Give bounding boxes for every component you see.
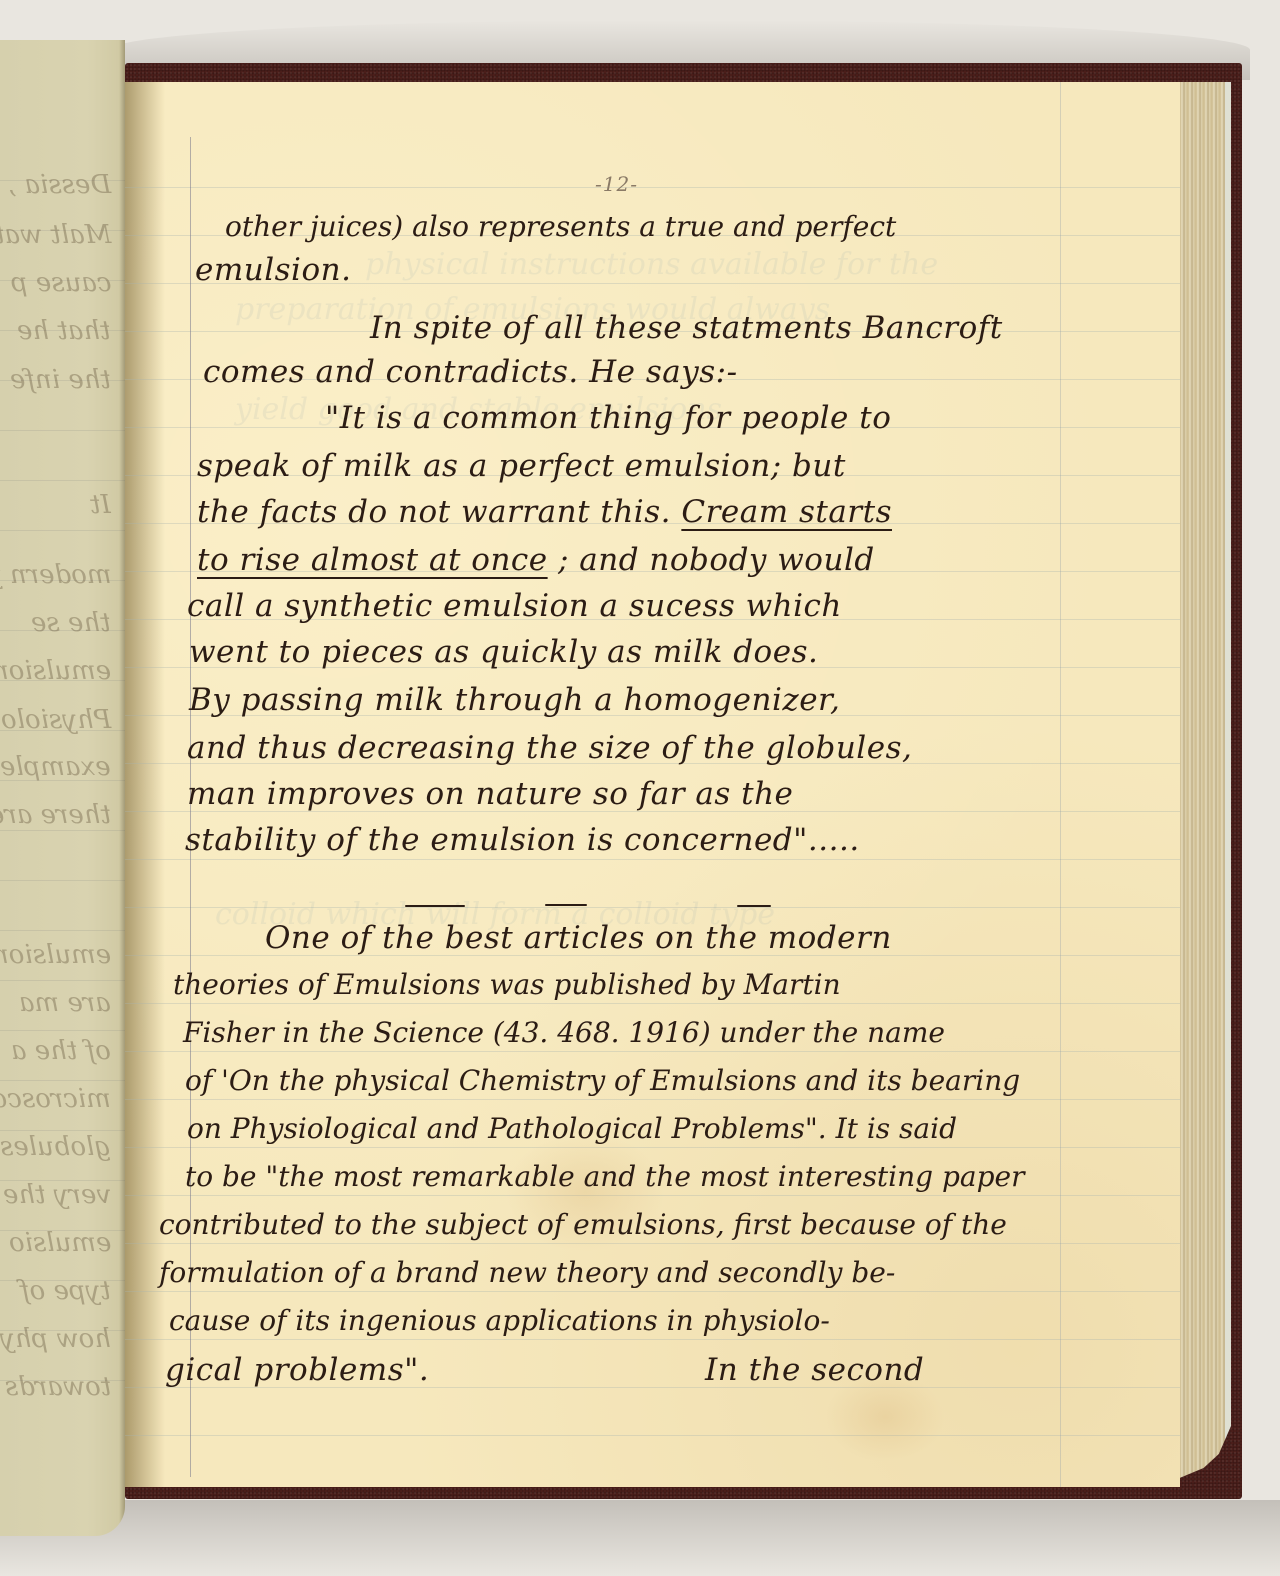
ruled-line [125,1291,1180,1292]
text-line: In spite of all these statments Bancroft [370,310,1003,346]
text-line: to rise almost at once ; and nobody woul… [197,542,875,578]
left-page-fragment: modern y [0,560,111,590]
table-shadow [0,1500,1280,1576]
ruled-line [0,1080,125,1081]
underlined-text: to rise almost at once [197,542,548,578]
ruled-line [125,1243,1180,1244]
text-line: the facts do not warrant this. Cream sta… [197,494,892,530]
text-line: One of the best articles on the modern [265,920,892,956]
bleed-through: physical instructions available for the [365,247,938,282]
separator-dash [737,905,771,907]
left-page-fragment: Physiolo [1,705,111,735]
text-line: "It is a common thing for people to [325,400,891,436]
separator-dash [545,904,587,906]
ruled-line [0,430,125,431]
text-segment: ; and nobody would [558,542,875,578]
left-page-fragment: towards o [0,1372,111,1402]
ruled-line [125,859,1180,860]
left-page-fragment: how phy [0,1324,111,1354]
separator-dash [405,905,465,907]
left-page-fragment: the infe [10,365,111,395]
ruled-line [125,1099,1180,1100]
page-number: -12- [595,172,638,196]
text-line: to be "the most remarkable and the most … [185,1160,1025,1193]
text-segment: the facts do not warrant this. [197,494,671,530]
ruled-line [0,530,125,531]
text-line: and thus decreasing the size of the glob… [187,730,912,766]
left-page-fragment: Dessia , [8,170,111,200]
ruled-line [0,1030,125,1031]
text-line: By passing milk through a homogenizer, [189,682,840,718]
text-line: gical problems". [165,1352,429,1388]
ruled-line [125,1339,1180,1340]
left-page-fragment: emulsion [0,656,111,686]
text-line: man improves on nature so far as the [187,776,793,812]
ruled-line [125,1003,1180,1004]
left-page-fragment: emulsion [0,940,111,970]
right-margin-line [1060,82,1061,1487]
text-line: Fisher in the Science (43. 468. 1916) un… [183,1016,945,1049]
left-facing-page: Dessia , Malt wat cause p that he the in… [0,40,125,1536]
ruled-line [0,1130,125,1131]
text-line: went to pieces as quickly as milk does. [189,634,818,670]
notebook-page: physical instructions available for the … [125,82,1180,1487]
ruled-line [0,930,125,931]
ruled-line [125,1147,1180,1148]
text-line: speak of milk as a perfect emulsion; but [197,448,846,484]
left-page-fragment: It [90,490,111,520]
left-page-fragment: Malt wat [0,220,111,250]
text-line: stability of the emulsion is concerned".… [185,822,860,858]
left-page-fragment: the se [31,608,111,638]
ruled-line [0,480,125,481]
ruled-line [125,1435,1180,1436]
ruled-line [0,830,125,831]
left-page-fragment: emulsio [9,1228,111,1258]
text-line: comes and contradicts. He says:- [203,354,738,390]
text-line: call a synthetic emulsion a sucess which [187,588,842,624]
text-line: emulsion. [195,252,351,288]
left-page-fragment: of the a [11,1036,111,1066]
ruled-line [125,187,1180,188]
text-line: cause of its ingenious applications in p… [169,1304,830,1337]
left-page-fragment: type of [20,1276,111,1306]
text-line: contributed to the subject of emulsions,… [159,1208,1007,1241]
left-page-fragment: cause p [11,268,111,298]
left-page-fragment: that he [17,316,111,346]
underlined-text: Cream starts [681,494,892,530]
left-page-fragment: are ma [19,988,111,1018]
ruled-line [125,1051,1180,1052]
text-line: theories of Emulsions was published by M… [173,968,841,1001]
text-line: of 'On the physical Chemistry of Emulsio… [185,1064,1020,1097]
left-page-fragment: very the [3,1180,111,1210]
text-line: formulation of a brand new theory and se… [159,1256,895,1289]
text-line: on Physiological and Pathological Proble… [187,1112,957,1145]
left-page-fragment: globules [0,1132,111,1162]
left-page-fragment: there are [0,800,111,830]
text-line: In the second [705,1352,924,1388]
left-page-fragment: example [0,752,111,782]
left-page-fragment: microscop [0,1084,111,1114]
ruled-line [0,980,125,981]
ruled-line [0,880,125,881]
text-line: other juices) also represents a true and… [225,210,896,243]
